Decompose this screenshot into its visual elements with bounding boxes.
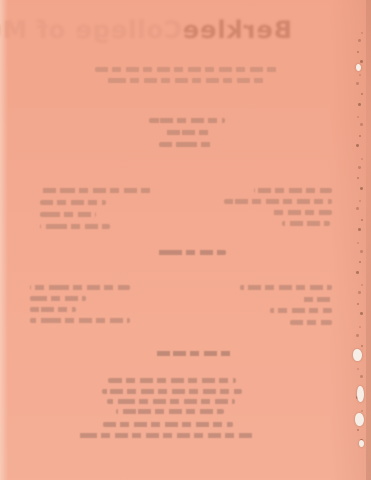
illegible-text-line-closing-paragraph [103, 422, 233, 427]
illegible-text-line-right-column-2 [270, 308, 332, 313]
perforation-dot [357, 429, 359, 431]
page-edge-shadow [366, 0, 371, 480]
perforation-dot [359, 326, 361, 328]
illegible-text-line-presents-block [164, 130, 210, 135]
illegible-text-line-intermission-heading [154, 250, 226, 255]
torn-notch [355, 413, 364, 426]
scanned-program-page: Berklee College of Music [0, 0, 371, 480]
perforation-dot [356, 144, 359, 147]
illegible-text-line-left-column-1 [40, 224, 110, 229]
perforation-dot [359, 74, 361, 76]
illegible-text-line-closing-paragraph [116, 409, 224, 414]
illegible-text-line-closing-paragraph [77, 433, 253, 438]
illegible-text-line-right-column-1 [282, 221, 330, 226]
illegible-text-line-closing-paragraph [108, 378, 236, 383]
bleedthrough-title-light-words: College of Music [0, 16, 182, 44]
perforation-dot [357, 51, 359, 53]
illegible-text-line-right-column-2 [302, 297, 332, 302]
perforation-dot [359, 200, 361, 202]
perforation-dot [361, 93, 363, 95]
illegible-text-line-second-heading [154, 351, 232, 356]
perforation-dot [360, 60, 363, 63]
perforation-dot [358, 166, 361, 169]
perforation-dot [360, 187, 363, 190]
perforation-dot [356, 207, 359, 210]
perforation-dot [361, 219, 363, 221]
perforation-dot [359, 261, 361, 263]
illegible-text-line-presents-block [159, 142, 215, 147]
illegible-text-line-header-lines [106, 78, 266, 83]
bleedthrough-title-bold-word: Berklee [182, 16, 292, 44]
torn-notch [357, 386, 364, 402]
perforation-dot [358, 103, 361, 106]
illegible-text-line-right-column-1 [270, 210, 332, 215]
perforation-dot [361, 410, 363, 412]
torn-notch [356, 64, 361, 71]
illegible-text-line-left-column-2 [30, 307, 76, 312]
perforation-dot [357, 177, 359, 179]
perforation-dot [357, 368, 359, 370]
perforation-dot [359, 135, 361, 137]
torn-notch [353, 349, 362, 361]
perforation-dot [361, 345, 363, 347]
perforation-dot [357, 303, 359, 305]
illegible-text-line-left-column-2 [30, 285, 130, 290]
illegible-text-line-right-column-1 [224, 199, 332, 204]
illegible-text-line-right-column-1 [254, 188, 332, 193]
perforation-dot [361, 32, 363, 34]
bleedthrough-title: Berklee College of Music [30, 13, 292, 47]
illegible-text-line-left-column-2 [30, 296, 86, 301]
illegible-text-line-left-column-1 [40, 212, 96, 217]
perforation-dot [356, 334, 359, 337]
illegible-text-line-left-column-1 [40, 188, 152, 193]
perforation-dot [357, 116, 359, 118]
illegible-text-line-right-column-2 [290, 320, 332, 325]
illegible-text-line-right-column-2 [240, 285, 332, 290]
illegible-text-line-left-column-1 [40, 200, 106, 205]
illegible-text-line-closing-paragraph [107, 399, 235, 404]
torn-notch [359, 440, 364, 447]
illegible-text-line-left-column-2 [30, 318, 130, 323]
illegible-text-line-closing-paragraph [102, 389, 242, 394]
illegible-text-line-presents-block [149, 118, 225, 123]
perforation-dot [361, 158, 363, 160]
illegible-text-line-header-lines [95, 67, 280, 72]
perforation-dot [358, 291, 361, 294]
perforation-dot [356, 82, 359, 85]
perforation-dot [360, 250, 363, 253]
perforation-dot [356, 271, 359, 274]
perforation-dot [360, 312, 363, 315]
perforation-dot [357, 242, 359, 244]
perforation-dot [358, 39, 361, 42]
perforation-dot [358, 228, 361, 231]
perforation-dot [360, 375, 363, 378]
perforation-dot [361, 284, 363, 286]
perforation-dot [360, 123, 363, 126]
